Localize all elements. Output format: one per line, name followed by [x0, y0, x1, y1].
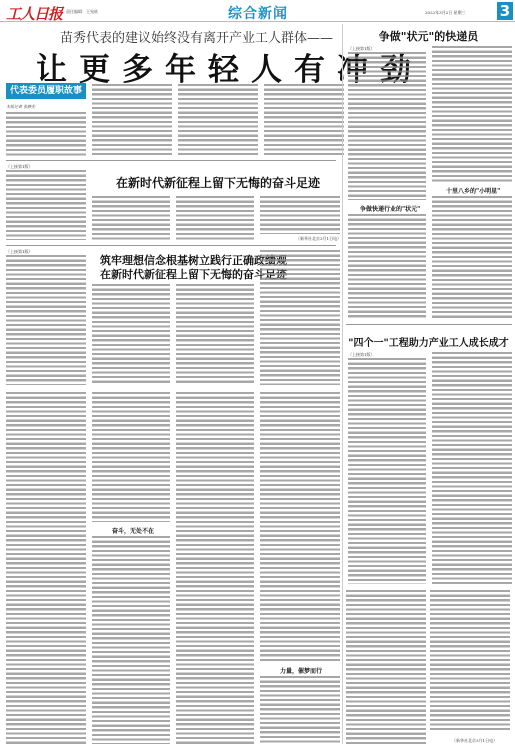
lead-body-col-1	[6, 112, 86, 156]
issue-date: 2022年3月2日 星期三	[425, 10, 466, 16]
article2-col-9	[260, 392, 340, 662]
article2-col-2	[92, 284, 170, 384]
article2-col-7	[92, 536, 170, 744]
article3-col-3	[432, 46, 512, 184]
article3-title: 争做"状元"的快递员	[346, 28, 511, 44]
article2-credit: （新华社北京3月1日电）	[452, 738, 497, 744]
article2-col-5	[6, 392, 86, 744]
article3-col-2	[348, 214, 426, 318]
article3-subhead-2: 十里八乡的"小明星"	[446, 186, 500, 195]
lead-body-col-4	[264, 84, 344, 156]
article2-subhead-2: 力量，催梦而行	[280, 666, 322, 675]
column-divider	[342, 24, 343, 744]
article4-col-2	[432, 352, 512, 584]
article1-credit: （新华社北京3月1日电）	[296, 236, 341, 242]
page-number-badge: 3	[497, 2, 513, 20]
article2-col-10	[260, 676, 340, 744]
editor-line: 责任编辑：王宛欲	[66, 9, 98, 15]
column-rubric: 代表委员履职故事	[6, 83, 86, 99]
article3-col-1	[348, 52, 426, 200]
article1-col-4	[260, 196, 340, 234]
article1-col-2	[92, 196, 170, 240]
article3-col-4	[432, 196, 512, 318]
divider	[6, 245, 336, 246]
article2-title-line2: 在新时代新征程上留下无悔的奋斗足迹	[100, 266, 260, 282]
article1-col-3	[176, 196, 254, 240]
lead-body-col-3	[178, 84, 258, 156]
article2-col-1	[6, 255, 86, 385]
article2-col-3	[176, 284, 254, 384]
lead-body-col-2	[92, 84, 172, 156]
article2-col-12	[430, 590, 510, 730]
article4-title: "四个一"工程助力产业工人成长成才	[346, 334, 511, 349]
article2-col-8	[176, 392, 254, 744]
article4-col-1	[348, 358, 426, 584]
divider	[6, 160, 336, 161]
article1-col-1	[6, 170, 86, 240]
article2-subhead-1: 奋斗，无处不在	[112, 526, 154, 535]
byline: 本报记者 张静先	[6, 104, 35, 110]
section-title: 综合新闻	[228, 3, 288, 23]
article2-col-4	[260, 250, 340, 385]
article1-title: 在新时代新征程上留下无悔的奋斗足迹	[98, 174, 338, 191]
newspaper-logo: 工人日报	[6, 3, 62, 24]
article2-col-11	[346, 590, 426, 744]
article2-col-6	[92, 392, 170, 522]
divider	[346, 324, 512, 325]
article3-subhead-1: 争做快递行业的"状元"	[360, 204, 420, 213]
